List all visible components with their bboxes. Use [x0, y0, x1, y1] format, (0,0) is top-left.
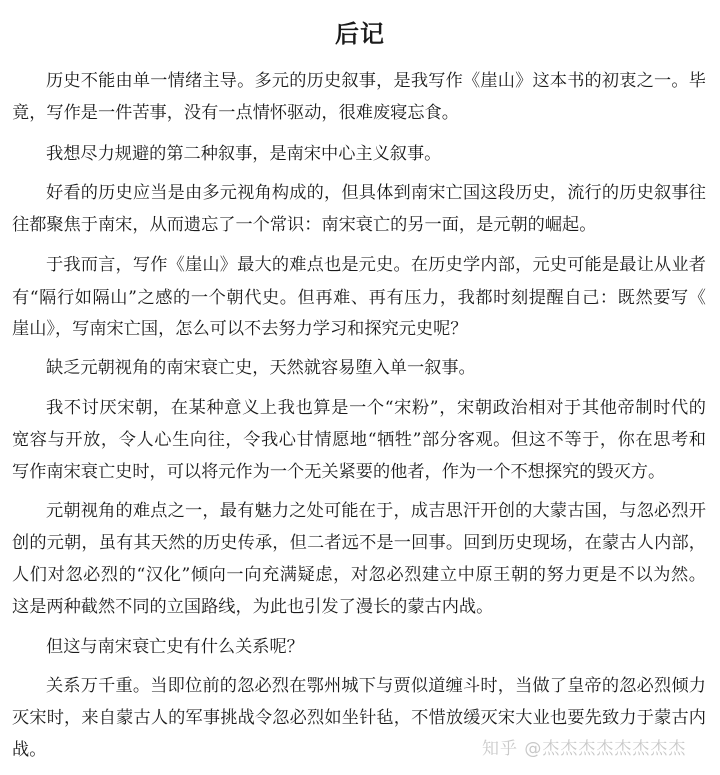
paragraph-7-line-4: 这是两种截然不同的立国路线，为此也引发了漫长的蒙古内战。	[12, 596, 706, 618]
paragraph-4-line-1: 于我而言，写作《崖山》最大的难点也是元史。在历史学内部，元史可能是最让从业者	[46, 254, 706, 276]
paragraph-7-line-1: 元朝视角的难点之一，最有魅力之处可能在于，成吉思汗开创的大蒙古国，与忽必烈开	[46, 500, 706, 522]
paragraph-1-line-1: 历史不能由单一情绪主导。多元的历史叙事，是我写作《崖山》这本书的初衷之一。毕	[46, 70, 706, 92]
paragraph-4-line-3: 崖山》，写南宋亡国，怎么可以不去努力学习和探究元史呢？	[12, 318, 706, 340]
zhihu-watermark: 知乎 @杰杰杰杰杰杰杰杰	[482, 734, 686, 759]
paragraph-9-line-1: 关系万千重。当即位前的忽必烈在鄂州城下与贾似道缠斗时，当做了皇帝的忽必烈倾力	[46, 675, 706, 697]
paragraph-6-line-2: 宽容与开放，令人心生向往，令我心甘情愿地“牺牲”部分客观。但这不等于，你在思考和	[12, 429, 706, 451]
page-title: 后记	[0, 14, 720, 49]
paragraph-7-line-3: 人们对忽必烈的“汉化”倾向一向充满疑虑，对忽必烈建立中原王朝的努力更是不以为然。	[12, 564, 706, 586]
paragraph-1-line-2: 竟，写作是一件苦事，没有一点情怀驱动，很难废寝忘食。	[12, 102, 706, 124]
paragraph-6-line-1: 我不讨厌宋朝，在某种意义上我也算是一个“宋粉”，宋朝政治相对于其他帝制时代的	[46, 397, 706, 419]
paragraph-7-line-2: 创的元朝，虽有其天然的历史传承，但二者远不是一回事。回到历史现场，在蒙古人内部，	[12, 532, 706, 554]
paragraph-6-line-3: 写作南宋衰亡史时，可以将元作为一个无关紧要的他者，作为一个不想探究的毁灭方。	[12, 461, 706, 483]
paragraph-8-line-1: 但这与南宋衰亡史有什么关系呢？	[46, 636, 706, 658]
paragraph-9-line-2: 灭宋时，来自蒙古人的军事挑战令忽必烈如坐针毡，不惜放缓灭宋大业也要先致力于蒙古内	[12, 707, 706, 729]
paragraph-5-line-1: 缺乏元朝视角的南宋衰亡史，天然就容易堕入单一叙事。	[46, 357, 706, 379]
paragraph-4-line-2: 有“隔行如隔山”之感的一个朝代史。但再难、再有压力，我都时刻提醒自己：既然要写《	[12, 287, 706, 309]
paragraph-3-line-2: 往都聚焦于南宋，从而遗忘了一个常识：南宋衰亡的另一面，是元朝的崛起。	[12, 214, 706, 236]
paragraph-3-line-1: 好看的历史应当是由多元视角构成的，但具体到南宋亡国这段历史，流行的历史叙事往	[46, 182, 706, 204]
paragraph-2-line-1: 我想尽力规避的第二种叙事，是南宋中心主义叙事。	[46, 143, 706, 165]
